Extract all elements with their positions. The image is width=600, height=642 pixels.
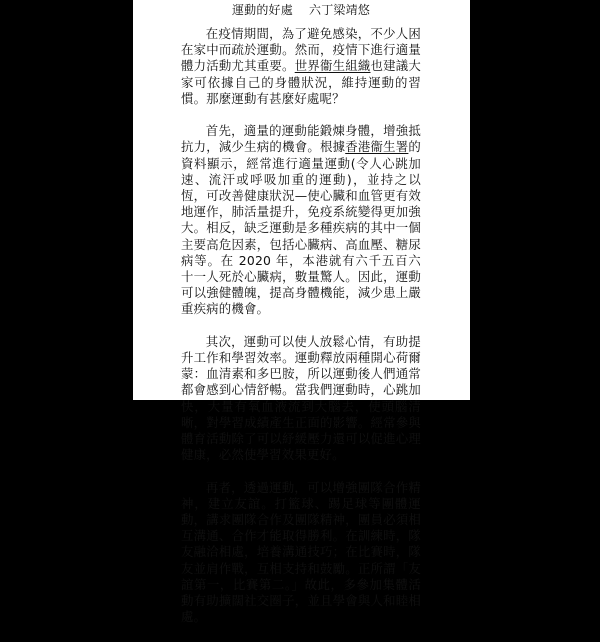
paragraph-intro: 在疫情期間，為了避免感染，不少人困在家中而疏於運動。然而，疫情下進行適量體力活動… [181, 26, 421, 107]
text-segment: 其次，運動可以使人放鬆心情，有助提升工作和學習效率。運動釋放兩種開心荷爾蒙：血清… [181, 334, 421, 400]
document-author: 六丁梁靖悠 [309, 3, 370, 17]
document-content: 運動的好處 六丁梁靖悠 在疫情期間，為了避免感染，不少人困在家中而疏於運動。然而… [181, 2, 421, 400]
paragraph-mood: 其次，運動可以使人放鬆心情，有助提升工作和學習效率。運動釋放兩種開心荷爾蒙：血清… [181, 334, 421, 400]
underlined-org-name: 香港衞生署 [345, 139, 408, 154]
document-title: 運動的好處 [232, 3, 293, 17]
paragraph-health: 首先，適量的運動能鍛煉身體，增強抵抗力，減少生病的機會。根據香港衞生署的資料顯示… [181, 123, 421, 317]
text-segment: 的資料顯示，經常進行適量運動(令人心跳加速、流汗或呼吸加重的運動)，並持之以恆，… [181, 139, 421, 316]
underlined-org-name: 世界衞生組織 [295, 58, 371, 73]
document-header: 運動的好處 六丁梁靖悠 [181, 2, 421, 20]
document-page: 運動的好處 六丁梁靖悠 在疫情期間，為了避免感染，不少人困在家中而疏於運動。然而… [133, 0, 470, 400]
